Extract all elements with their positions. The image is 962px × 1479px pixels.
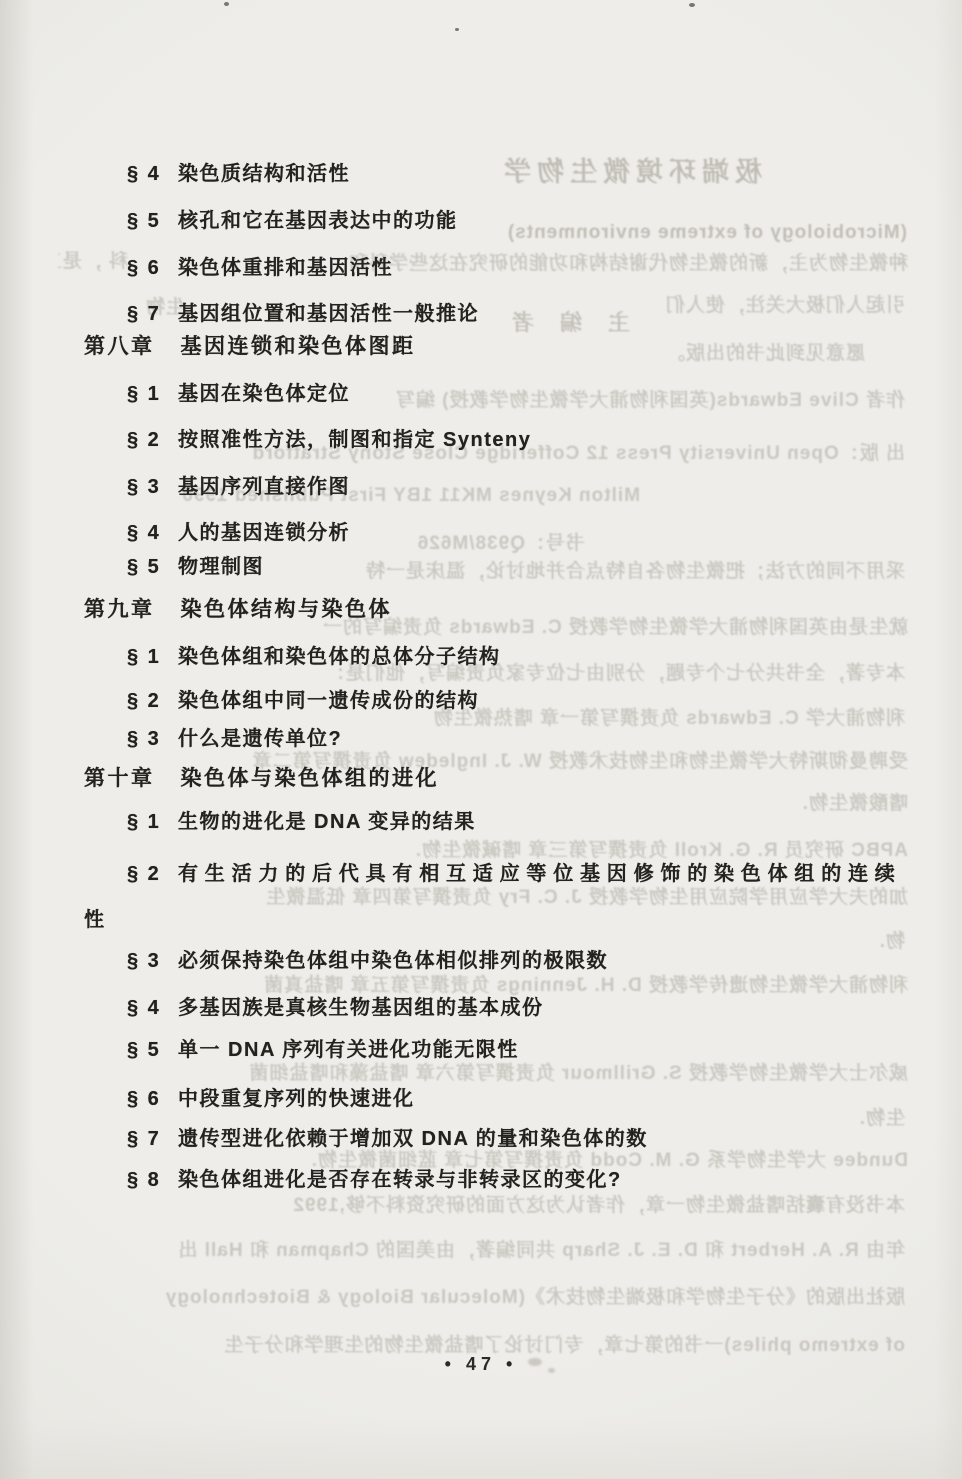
chapter-title: 染色体结构与染色体 [181, 598, 393, 621]
section-text: 核孔和它在基因表达中的功能 [178, 210, 458, 232]
bleedthrough-line: 极端环境微生物学 [398, 150, 762, 189]
section-marker: § 1 [127, 383, 178, 406]
chapter-title: 染色体与染色体组的进化 [181, 767, 440, 790]
section-marker: § 3 [127, 476, 178, 499]
toc-section-line: § 4染色质结构和活性 [127, 157, 350, 186]
chapter-number: 第九章 [84, 593, 155, 623]
toc-wrap-line: 性 [84, 903, 106, 932]
section-text: 中段重复序列的快速进化 [178, 1088, 415, 1110]
section-marker: § 1 [127, 811, 178, 834]
section-marker: § 8 [127, 1169, 178, 1192]
ink-speck [455, 28, 459, 31]
toc-section-line: § 3基因序列直接作图 [127, 470, 350, 499]
toc-section-line: § 2按照准性方法，制图和指定 Synteny [127, 423, 531, 452]
section-marker: § 6 [127, 1088, 178, 1111]
toc-section-line: § 7基因组位置和基因活性一般推论 [127, 297, 479, 326]
ink-speck [224, 2, 229, 6]
bleedthrough-line: 年由 R. A. Herbert 和 D. E. J. Sharp 共同编著，由… [85, 1235, 905, 1262]
section-text: 基因序列直接作图 [178, 476, 350, 498]
bleedthrough-line: 威尔士大学微生物学教授 S. Grillmour 负责撰写第六章 嗜盐藻和嗜盐细… [150, 1058, 908, 1085]
section-marker: § 4 [127, 163, 178, 186]
bleedthrough-line: 嗜酸微生物. [790, 788, 908, 815]
section-marker: § 1 [127, 646, 178, 669]
section-marker: § 2 [127, 429, 178, 452]
section-marker: § 3 [127, 728, 178, 751]
section-marker: § 3 [127, 950, 178, 973]
toc-section-line: § 6中段重复序列的快速进化 [127, 1082, 415, 1111]
section-text: 染色体组和染色体的总体分子结构 [178, 646, 501, 668]
bleedthrough-line: 愿意见到此书的出版。 [560, 338, 865, 365]
bleedthrough-line: 版社出版的《分子生物学和极端生物技术》(Molecular Biology & … [85, 1282, 905, 1309]
bleedthrough-line: 科 ，是工 [58, 246, 128, 273]
section-text: 生物的进化是 DNA 变异的结果 [178, 811, 476, 833]
toc-section-line: § 1生物的进化是 DNA 变异的结果 [127, 805, 476, 834]
section-marker: § 4 [127, 997, 178, 1020]
toc-section-line: § 2有生活力的后代具有相互适应等位基因修饰的染色体组的连续 [127, 857, 902, 886]
toc-chapter-line: 第八章基因连锁和染色体图距 [84, 330, 416, 360]
section-text: 染色体组中同一遗传成份的结构 [178, 690, 479, 712]
section-text: 人的基因连锁分析 [178, 522, 350, 544]
toc-section-line: § 1染色体组和染色体的总体分子结构 [127, 640, 501, 669]
toc-section-line: § 3必须保持染色体组中染色体相似排列的极限数 [127, 944, 608, 973]
ink-smudge [548, 1368, 555, 1373]
section-text: 多基因族是真核生物基因组的基本成份 [178, 997, 544, 1019]
toc-section-line: § 8染色体组进化是否存在转录与非转录区的变化? [127, 1163, 622, 1192]
bleedthrough-line: 书号：Q938/M626 [380, 528, 585, 555]
section-text: 单一 DNA 序列有关进化功能无限性 [178, 1039, 519, 1061]
chapter-title: 基因连锁和染色体图距 [181, 335, 416, 358]
section-text: 必须保持染色体组中染色体相似排列的极限数 [178, 950, 608, 972]
ink-speck [689, 3, 695, 7]
section-marker: § 7 [127, 1128, 178, 1151]
section-marker: § 4 [127, 522, 178, 545]
bleedthrough-line: 物. [835, 926, 905, 953]
toc-chapter-line: 第九章染色体结构与染色体 [84, 593, 392, 623]
bleedthrough-line: 加的夫大学应用学院应用生物学教授 J. C. Fry 负责撰写第四章 低温微生 [150, 882, 908, 909]
section-text: 按照准性方法，制图和指定 Synteny [178, 429, 531, 451]
toc-section-line: § 5核孔和它在基因表达中的功能 [127, 204, 458, 233]
ink-smudge [528, 1358, 542, 1366]
section-marker: § 5 [127, 210, 178, 233]
page-number: • 47 • [0, 1354, 962, 1375]
toc-section-line: § 4多基因族是真核生物基因组的基本成份 [127, 991, 544, 1020]
toc-section-line: § 5单一 DNA 序列有关进化功能无限性 [127, 1033, 519, 1062]
toc-section-line: § 1基因在染色体定位 [127, 377, 350, 406]
section-marker: § 2 [127, 863, 178, 886]
bleedthrough-line: 本书没有囊括嗜盐微生物一章，作者认为这方面的研究资料不够,1992 [85, 1190, 905, 1217]
section-marker: § 6 [127, 257, 178, 280]
section-text: 遗传型进化依赖于增加双 DNA 的量和染色体的数 [178, 1128, 648, 1150]
section-text: 基因组位置和基因活性一般推论 [178, 303, 479, 325]
section-marker: § 5 [127, 1039, 178, 1062]
toc-section-line: § 5物理制图 [127, 550, 264, 579]
toc-section-line: § 2染色体组中同一遗传成份的结构 [127, 684, 479, 713]
section-text: 物理制图 [178, 556, 264, 578]
chapter-number: 第十章 [84, 762, 155, 792]
toc-section-line: § 7遗传型进化依赖于增加双 DNA 的量和染色体的数 [127, 1122, 648, 1151]
section-text: 染色体组进化是否存在转录与非转录区的变化? [178, 1169, 622, 1191]
bleedthrough-line: of extremo philes)一书的第七章，专门讨论了嗜盐微生物的生理学和… [85, 1330, 905, 1357]
toc-chapter-line: 第十章染色体与染色体组的进化 [84, 762, 439, 792]
section-text: 有生活力的后代具有相互适应等位基因修饰的染色体组的连续 [178, 863, 902, 885]
toc-section-line: § 4人的基因连锁分析 [127, 516, 350, 545]
chapter-number: 第八章 [84, 330, 155, 360]
bleedthrough-line: 生物. [835, 1103, 905, 1130]
scanned-page: 极端环境微生物学 (Microbiology of extreme enviro… [0, 0, 962, 1479]
bleedthrough-line: (Microbiology of extreme environments) [385, 222, 907, 244]
section-marker: § 2 [127, 690, 178, 713]
toc-section-line: § 6染色体重排和基因活性 [127, 251, 393, 280]
section-text: 什么是遗传单位? [178, 728, 342, 750]
section-marker: § 7 [127, 303, 178, 326]
section-marker: § 5 [127, 556, 178, 579]
section-text: 染色质结构和活性 [178, 163, 350, 185]
toc-section-line: § 3什么是遗传单位? [127, 722, 342, 751]
section-text: 染色体重排和基因活性 [178, 257, 393, 279]
section-text: 基因在染色体定位 [178, 383, 350, 405]
